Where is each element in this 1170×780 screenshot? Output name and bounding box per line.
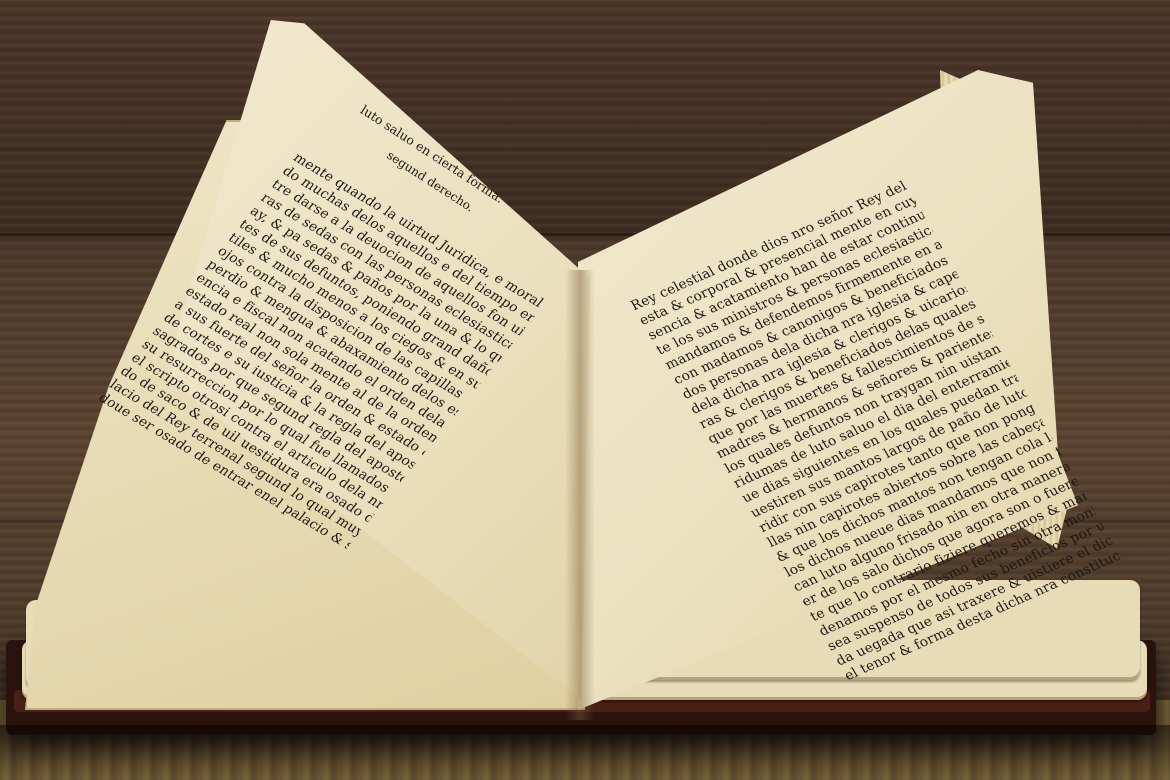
book-shadow	[0, 725, 1170, 780]
book-gutter	[565, 270, 595, 720]
